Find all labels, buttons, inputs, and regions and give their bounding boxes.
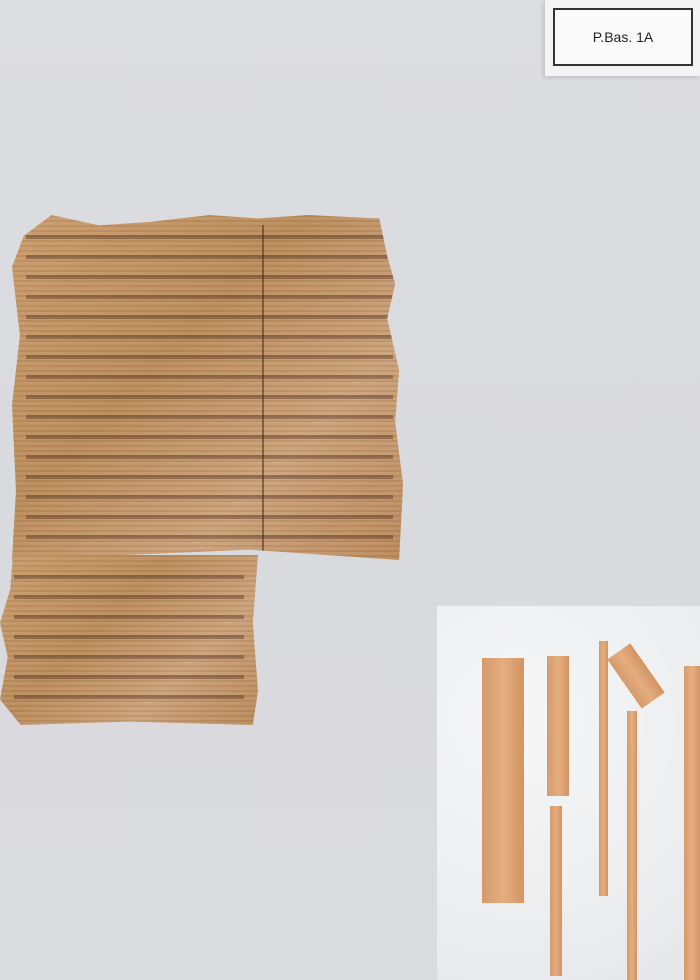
papyrus-fold-crack xyxy=(262,225,264,555)
papyrus-fragment-lower xyxy=(0,555,258,725)
papyrus-strip xyxy=(607,643,664,708)
papyrus-strip xyxy=(599,641,608,896)
fragment-tray xyxy=(437,606,700,980)
papyrus-strip xyxy=(627,711,637,980)
papyrus-strip xyxy=(482,658,524,903)
papyrus-strip xyxy=(684,666,700,980)
papyrus-strip xyxy=(550,806,562,976)
inventory-label: P.Bas. 1A xyxy=(553,8,693,66)
greek-script-lines xyxy=(26,225,393,550)
papyrus-strip xyxy=(547,656,569,796)
greek-script-lines-lower xyxy=(14,565,244,715)
inventory-label-card: P.Bas. 1A xyxy=(545,0,700,76)
inventory-label-text: P.Bas. 1A xyxy=(593,29,653,45)
papyrus-fragment-main xyxy=(12,215,407,560)
